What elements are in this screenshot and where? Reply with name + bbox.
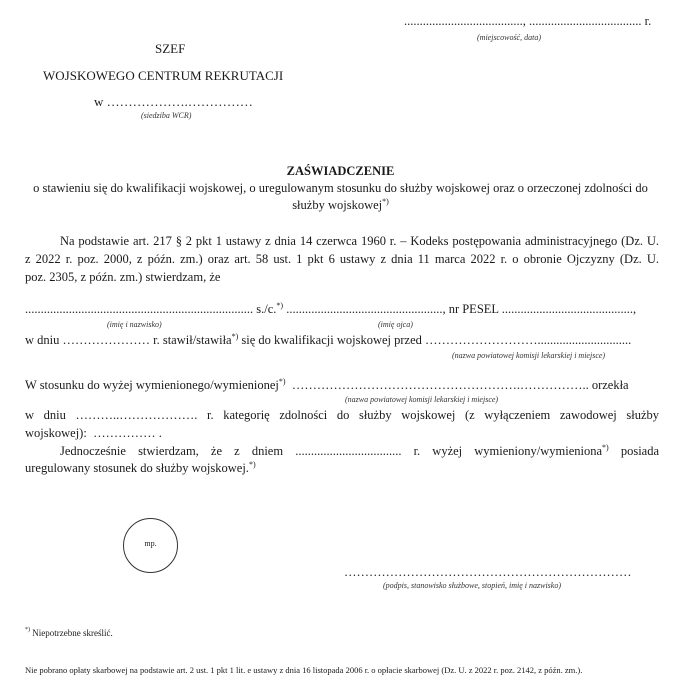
- person-line: ........................................…: [25, 302, 636, 317]
- legal-basis-line3: poz. 2305, z późn. zm.) stwierdzam, że: [25, 270, 220, 285]
- son-daughter-label: s./c.: [256, 302, 276, 316]
- addressee-w: w: [94, 94, 103, 109]
- addressee-title: SZEF: [155, 41, 185, 57]
- signature-field[interactable]: ……………………………………………………………: [344, 565, 632, 580]
- place-date-field[interactable]: ......................................, …: [404, 14, 642, 28]
- fitness-category-field[interactable]: …………… .: [93, 426, 162, 440]
- stamp-label: mp.: [124, 539, 177, 548]
- signature-caption: (podpis, stanowisko służbowe, stopień, i…: [383, 581, 561, 590]
- regulated-line2: uregulowany stosunek do służby wojskowej…: [25, 461, 256, 476]
- document-subtitle-line1: o stawieniu się do kwalifikacji wojskowe…: [0, 181, 681, 196]
- addressee-institution: WOJSKOWEGO CENTRUM REKRUTACJI: [43, 68, 283, 84]
- place-date-line: ......................................, …: [404, 14, 651, 29]
- stamp-duty-note: Nie pobrano opłaty skarbowej na podstawi…: [25, 665, 582, 675]
- place-date-suffix: r.: [645, 14, 652, 28]
- pesel-field[interactable]: ........................................…: [502, 302, 636, 316]
- name-caption: (imię i nazwisko): [107, 320, 162, 329]
- place-date-caption: (miejscowość, data): [477, 33, 541, 42]
- addressee-seat-line: w ……………….……………: [94, 94, 253, 110]
- father-name-field[interactable]: ........................................…: [286, 302, 445, 316]
- legal-basis-line2: z 2022 r. poz. 2000, z późn. zm.) oraz a…: [25, 252, 659, 267]
- addressee-seat-caption: (siedziba WCR): [141, 111, 191, 120]
- appearance-date-field[interactable]: …………………: [63, 333, 151, 347]
- appearance-commission-field[interactable]: ………………………..............................: [425, 333, 631, 347]
- ruling-commission-caption: (nazwa powiatowej komisji lekarskiej i m…: [345, 395, 498, 404]
- addressee-seat-field[interactable]: ……………….……………: [107, 94, 253, 109]
- document-title: ZAŚWIADCZENIE: [0, 164, 681, 179]
- ruling-line1: W stosunku do wyżej wymienionego/wymieni…: [25, 378, 629, 393]
- regulated-date-field[interactable]: ..................................: [295, 444, 401, 458]
- legal-basis-line1: Na podstawie art. 217 § 2 pkt 1 ustawy z…: [60, 234, 659, 249]
- document-subtitle-line2: służby wojskowej*): [0, 198, 681, 213]
- ruling-line2: w dniu ………..………………. r. kategorię zdolnoś…: [25, 408, 659, 423]
- stamp-circle: mp.: [123, 518, 178, 573]
- ruling-commission-field[interactable]: ……………………………………………….……………..: [292, 378, 589, 392]
- regulated-line1: Jednocześnie stwierdzam, że z dniem ....…: [60, 444, 659, 459]
- footnote-marker: *): [382, 197, 389, 206]
- appearance-commission-caption: (nazwa powiatowej komisji lekarskiej i m…: [452, 351, 605, 360]
- appearance-line: w dniu ………………… r. stawił/stawiła*) się d…: [25, 333, 631, 348]
- footnote: *) Niepotrzebne skreślić.: [25, 628, 113, 638]
- name-field[interactable]: ........................................…: [25, 302, 253, 316]
- father-name-caption: (imię ojca): [378, 320, 413, 329]
- pesel-label: nr PESEL: [449, 302, 499, 316]
- ruling-line3: wojskowej): …………… .: [25, 426, 162, 441]
- ruling-date-field[interactable]: ………..……………….: [76, 408, 198, 422]
